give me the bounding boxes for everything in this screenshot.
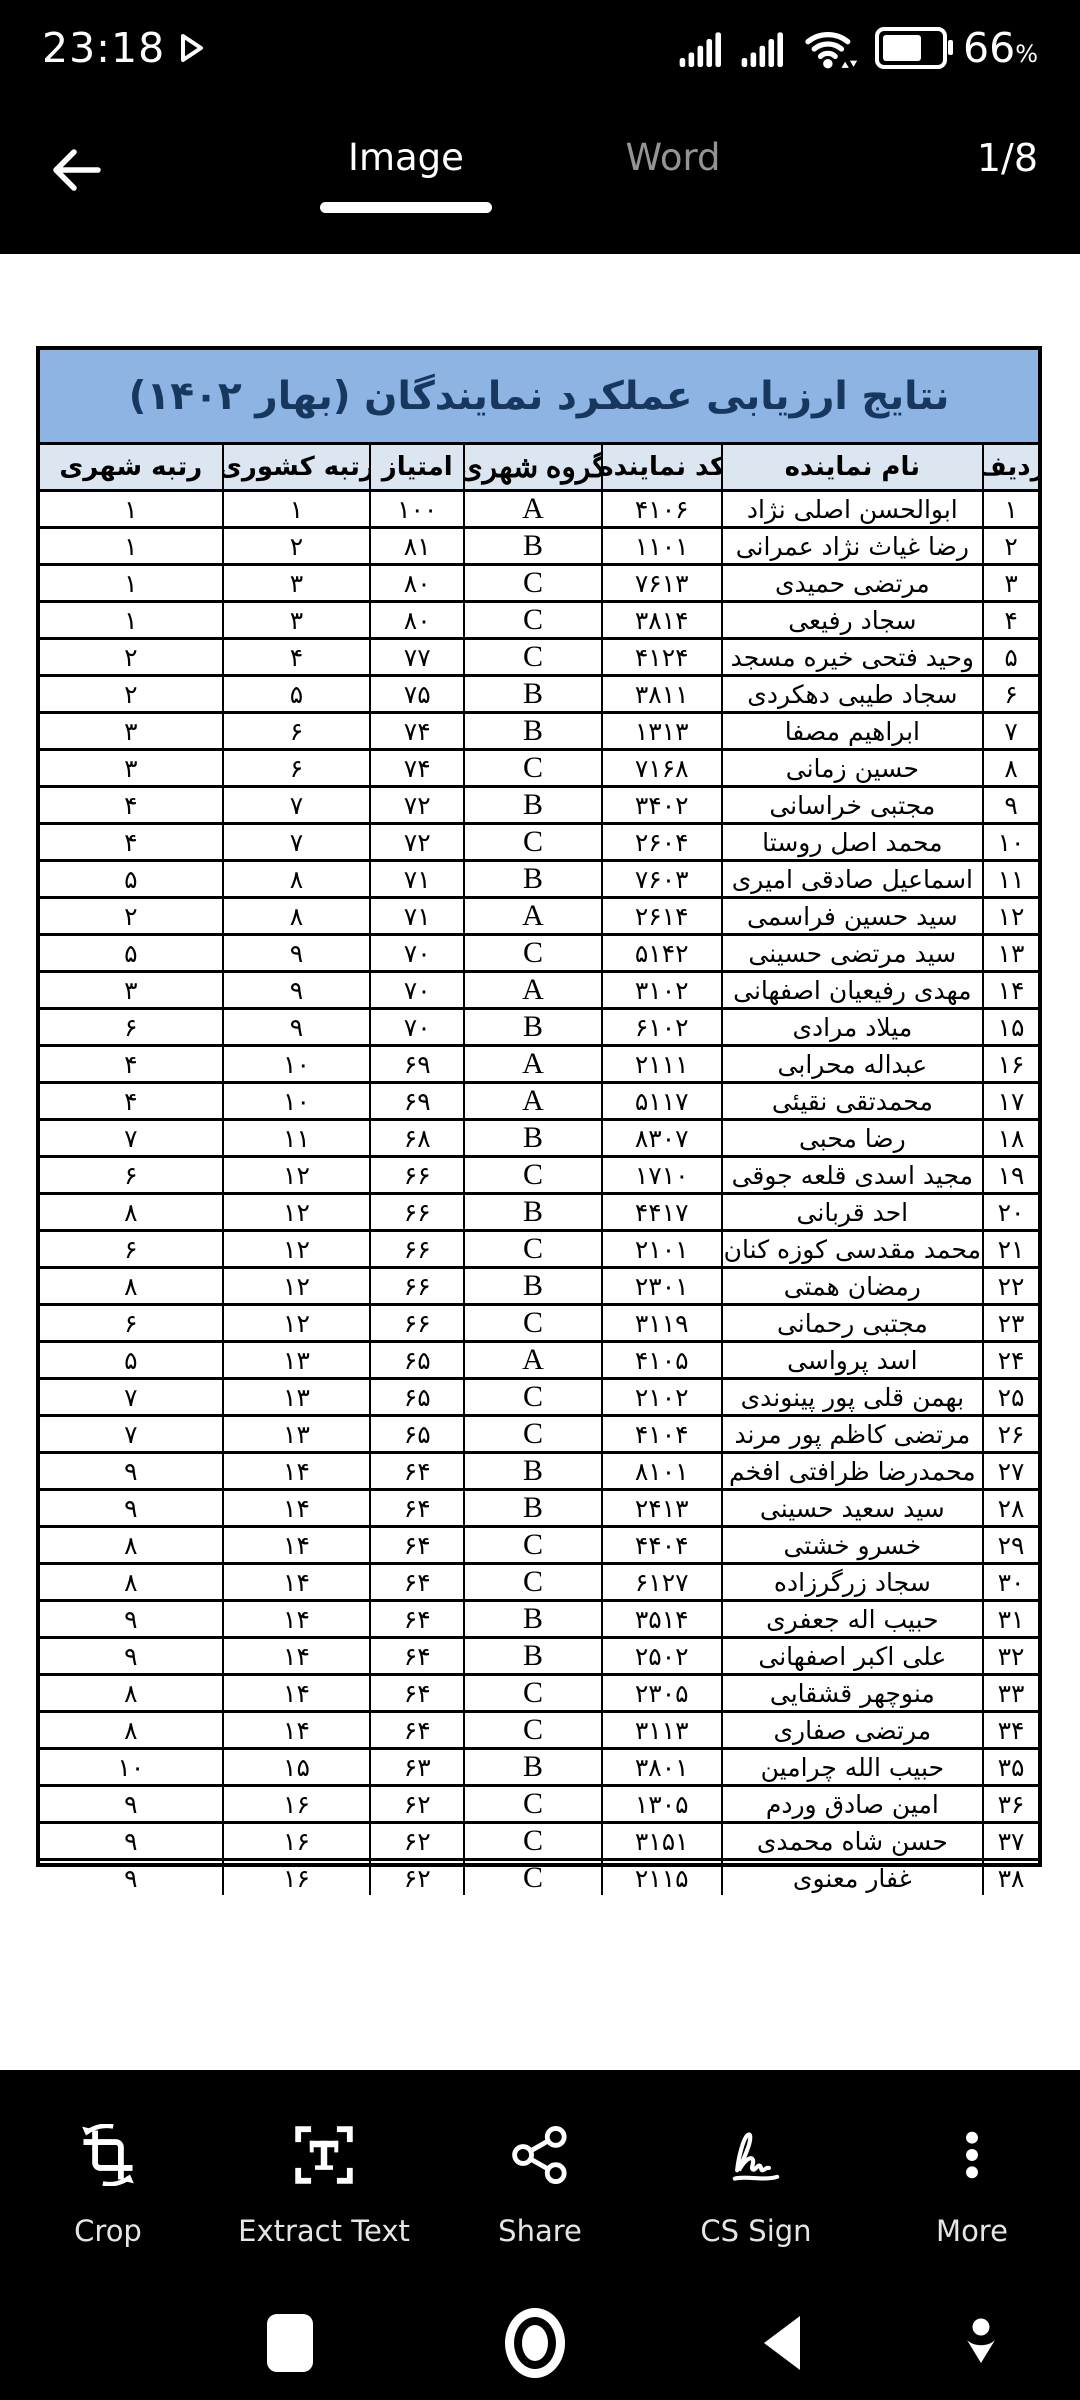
table-cell: ۷۴: [369, 714, 463, 748]
table-row: ۷۱۱۶۸B۸۳۰۷رضا محبی۱۸: [40, 1121, 1038, 1158]
bottom-toolbar: Crop Extract Text: [0, 2070, 1080, 2300]
table-cell: B: [463, 1454, 601, 1488]
table-cell: حبیب اله جعفری: [721, 1602, 982, 1636]
table-cell: ۶۴: [369, 1565, 463, 1599]
table-cell: مهدی رفیعیان اصفهانی: [721, 973, 982, 1007]
table-cell: C: [463, 1232, 601, 1266]
table-cell: ۶۲: [369, 1824, 463, 1858]
table-cell: B: [463, 1602, 601, 1636]
table-cell: ۱۴: [222, 1602, 370, 1636]
table-cell: غفار معنوی: [721, 1861, 982, 1895]
cellular-signal-icon: [741, 29, 787, 67]
table-cell: C: [463, 1380, 601, 1414]
table-cell: ۶۹: [369, 1047, 463, 1081]
table-cell: C: [463, 825, 601, 859]
table-row: ۵۱۳۶۵A۴۱۰۵اسد پرواسی۲۴: [40, 1343, 1038, 1380]
column-header: گروه شهری: [463, 445, 601, 489]
table-cell: ۱۴: [222, 1491, 370, 1525]
table-cell: ۸۳۰۷: [601, 1121, 721, 1155]
table-cell: A: [463, 1343, 601, 1377]
document-viewer[interactable]: نتایج ارزیابی عملکرد نمایندگان (بهار ۱۴۰…: [0, 254, 1080, 2070]
table-cell: ۷: [982, 714, 1038, 748]
table-cell: ۱۱۰۱: [601, 529, 721, 563]
table-cell: ۳۲: [982, 1639, 1038, 1673]
table-cell: ۸: [982, 751, 1038, 785]
table-cell: ۱۳: [222, 1417, 370, 1451]
table-cell: B: [463, 1269, 601, 1303]
table-row: ۵۸۷۱B۷۶۰۳اسماعیل صادقی امیری۱۱: [40, 862, 1038, 899]
table-row: ۳۶۷۴C۷۱۶۸حسین زمانی۸: [40, 751, 1038, 788]
table-cell: ۱۵: [982, 1010, 1038, 1044]
recents-icon[interactable]: [267, 2314, 313, 2372]
table-cell: ۲۳۰۱: [601, 1269, 721, 1303]
table-cell: ۱۰: [222, 1084, 370, 1118]
table-cell: سجاد رفیعی: [721, 603, 982, 637]
table-cell: ۴: [40, 1047, 222, 1081]
table-cell: ۳۱۱۳: [601, 1713, 721, 1747]
table-cell: ۱۴: [222, 1565, 370, 1599]
table-cell: C: [463, 640, 601, 674]
table-cell: ۴۴۱۷: [601, 1195, 721, 1229]
table-cell: ۹: [40, 1824, 222, 1858]
table-cell: ۴۱۰۴: [601, 1417, 721, 1451]
crop-icon: [75, 2122, 141, 2188]
table-cell: حسن شاه محمدی: [721, 1824, 982, 1858]
table-cell: ۱۰: [982, 825, 1038, 859]
table-cell: ۵: [40, 862, 222, 896]
table-cell: حسین زمانی: [721, 751, 982, 785]
table-cell: منوچهر قشقایی: [721, 1676, 982, 1710]
table-cell: ۸: [40, 1713, 222, 1747]
table-row: ۶۱۲۶۶C۳۱۱۹مجتبی رحمانی۲۳: [40, 1306, 1038, 1343]
table-cell: ۲۱۱۵: [601, 1861, 721, 1895]
table-cell: ۵: [982, 640, 1038, 674]
table-row: ۲۵۷۵B۳۸۱۱سجاد طیبی دهکردی۶: [40, 677, 1038, 714]
table-cell: حبیب الله چرامین: [721, 1750, 982, 1784]
cellular-signal-icon: [679, 29, 725, 67]
table-cell: ۶۶: [369, 1269, 463, 1303]
table-cell: ۶۴: [369, 1454, 463, 1488]
status-bar: 23:18: [0, 0, 1080, 96]
table-cell: ۳: [40, 751, 222, 785]
home-icon[interactable]: [505, 2308, 565, 2378]
table-cell: ۱۷۱۰: [601, 1158, 721, 1192]
table-cell: ۵۱۴۲: [601, 936, 721, 970]
table-cell: ۶: [40, 1158, 222, 1192]
table-cell: ۳۱۵۱: [601, 1824, 721, 1858]
table-cell: ۹: [40, 1861, 222, 1895]
table-cell: بهمن قلی پور پینوندی: [721, 1380, 982, 1414]
table-cell: ۷۷: [369, 640, 463, 674]
table-cell: ۲۸: [982, 1491, 1038, 1525]
table-cell: سید مرتضی حسینی: [721, 936, 982, 970]
table-row: ۵۹۷۰C۵۱۴۲سید مرتضی حسینی۱۳: [40, 936, 1038, 973]
table-cell: ۱: [982, 492, 1038, 526]
table-cell: احد قربانی: [721, 1195, 982, 1229]
table-cell: C: [463, 1417, 601, 1451]
table-cell: B: [463, 862, 601, 896]
table-cell: ۱: [40, 566, 222, 600]
cs-sign-button[interactable]: CS Sign: [648, 2070, 864, 2300]
table-cell: ۸: [222, 862, 370, 896]
table-cell: ۷۲: [369, 825, 463, 859]
table-cell: ۷۱: [369, 862, 463, 896]
table-cell: اسد پرواسی: [721, 1343, 982, 1377]
table-row: ۶۱۲۶۶C۱۷۱۰مجید اسدی قلعه جوقی۱۹: [40, 1158, 1038, 1195]
android-navbar: [0, 2300, 1080, 2400]
table-cell: ۲۲: [982, 1269, 1038, 1303]
table-cell: C: [463, 1528, 601, 1562]
table-cell: ۸۰: [369, 603, 463, 637]
table-cell: ۶۵: [369, 1417, 463, 1451]
table-cell: ۶۹: [369, 1084, 463, 1118]
table-row: ۴۱۰۶۹A۲۱۱۱عبداله محرابی۱۶: [40, 1047, 1038, 1084]
table-row: ۱۳۸۰C۳۸۱۴سجاد رفیعی۴: [40, 603, 1038, 640]
column-header: امتیاز: [369, 445, 463, 489]
table-cell: C: [463, 1787, 601, 1821]
table-cell: C: [463, 1158, 601, 1192]
table-row: ۶۱۲۶۶C۲۱۰۱محمد مقدسی کوزه کنان۲۱: [40, 1232, 1038, 1269]
table-cell: مجتبی رحمانی: [721, 1306, 982, 1340]
table-cell: ۹: [222, 1010, 370, 1044]
table-row: ۹۱۴۶۴B۲۴۱۳سید سعید حسینی۲۸: [40, 1491, 1038, 1528]
table-cell: B: [463, 1639, 601, 1673]
table-cell: ۱۳۰۵: [601, 1787, 721, 1821]
table-cell: ۷: [222, 825, 370, 859]
table-row: ۹۱۴۶۴B۲۵۰۲علی اکبر اصفهانی۳۲: [40, 1639, 1038, 1676]
table-cell: A: [463, 1047, 601, 1081]
table-row: ۲۴۷۷C۴۱۲۴وحید فتحی خیره مسجد۵: [40, 640, 1038, 677]
table-cell: ۱۶: [222, 1787, 370, 1821]
table-cell: ۱۲: [222, 1232, 370, 1266]
table-cell: A: [463, 899, 601, 933]
table-cell: B: [463, 1121, 601, 1155]
table-cell: ۳: [40, 714, 222, 748]
table-row: ۹۱۴۶۴B۳۵۱۴حبیب اله جعفری۳۱: [40, 1602, 1038, 1639]
table-cell: ۲: [982, 529, 1038, 563]
keyboard-switch-icon[interactable]: [964, 2318, 998, 2368]
table-cell: ۳۴: [982, 1713, 1038, 1747]
table-row: ۸۱۴۶۴C۴۴۰۴خسرو خشتی۲۹: [40, 1528, 1038, 1565]
table-cell: ۱: [40, 492, 222, 526]
table-cell: ۱۱: [222, 1121, 370, 1155]
table-cell: ۲: [222, 529, 370, 563]
table-cell: ۲۰: [982, 1195, 1038, 1229]
back-arrow-icon[interactable]: [48, 146, 104, 194]
table-cell: ۷۰: [369, 1010, 463, 1044]
table-cell: ۱۷: [982, 1084, 1038, 1118]
crop-button[interactable]: Crop: [0, 2070, 216, 2300]
table-cell: محمد اصل روستا: [721, 825, 982, 859]
table-cell: ۸: [40, 1676, 222, 1710]
table-cell: امین صادق وردم: [721, 1787, 982, 1821]
table-cell: ۸۱۰۱: [601, 1454, 721, 1488]
share-icon: [507, 2122, 573, 2188]
table-cell: ۲۳۰۵: [601, 1676, 721, 1710]
table-cell: ۶: [222, 714, 370, 748]
table-cell: C: [463, 566, 601, 600]
table-cell: ۶۵: [369, 1343, 463, 1377]
table-cell: ۹: [40, 1491, 222, 1525]
table-cell: ۸: [40, 1528, 222, 1562]
table-cell: ۸: [40, 1195, 222, 1229]
table-cell: محمد مقدسی کوزه کنان: [721, 1232, 982, 1266]
table-cell: ۸۱: [369, 529, 463, 563]
table-cell: ۲۵۰۲: [601, 1639, 721, 1673]
column-header: رتبه کشوری: [222, 445, 370, 489]
table-cell: ۲۶۱۴: [601, 899, 721, 933]
table-row: ۷۱۳۶۵C۲۱۰۲بهمن قلی پور پینوندی۲۵: [40, 1380, 1038, 1417]
table-cell: ۶۳: [369, 1750, 463, 1784]
table-cell: ۶۸: [369, 1121, 463, 1155]
battery-icon: [875, 27, 947, 69]
table-cell: ۳: [40, 973, 222, 1007]
toolbar-label: Crop: [74, 2214, 142, 2248]
extract-text-button[interactable]: Extract Text: [216, 2070, 432, 2300]
table-row: ۱۲۸۱B۱۱۰۱رضا غیاث نژاد عمرانی۲: [40, 529, 1038, 566]
table-cell: رضا غیاث نژاد عمرانی: [721, 529, 982, 563]
table-cell: ۶۶: [369, 1306, 463, 1340]
table-cell: ۶: [40, 1232, 222, 1266]
table-cell: ۱۲: [222, 1158, 370, 1192]
table-cell: وحید فتحی خیره مسجد: [721, 640, 982, 674]
table-cell: ۳۸: [982, 1861, 1038, 1895]
table-cell: مجید اسدی قلعه جوقی: [721, 1158, 982, 1192]
table-cell: ۳: [222, 566, 370, 600]
table-cell: ۳۸۰۱: [601, 1750, 721, 1784]
table-cell: C: [463, 936, 601, 970]
table-cell: ۱۶: [982, 1047, 1038, 1081]
table-cell: ۴: [222, 640, 370, 674]
table-cell: ۲۱۰۲: [601, 1380, 721, 1414]
signature-icon: [723, 2122, 789, 2188]
table-cell: ۱۰: [40, 1750, 222, 1784]
table-cell: ۶: [40, 1306, 222, 1340]
table-cell: ۷۶۰۳: [601, 862, 721, 896]
table-row: ۱۰۱۵۶۳B۳۸۰۱حبیب الله چرامین۳۵: [40, 1750, 1038, 1787]
table-cell: ۹: [40, 1787, 222, 1821]
table-cell: ۱۹: [982, 1158, 1038, 1192]
table-cell: C: [463, 751, 601, 785]
table-cell: ۶۴: [369, 1713, 463, 1747]
table-cell: ۳۸۱۱: [601, 677, 721, 711]
clock: 23:18: [42, 24, 165, 72]
table-cell: ۶۴: [369, 1676, 463, 1710]
table-cell: C: [463, 603, 601, 637]
table-cell: ۲۹: [982, 1528, 1038, 1562]
table-cell: مرتضی حمیدی: [721, 566, 982, 600]
table-cell: ۱۴: [222, 1713, 370, 1747]
table-cell: ۷۰: [369, 973, 463, 1007]
table-row: ۳۹۷۰A۳۱۰۲مهدی رفیعیان اصفهانی۱۴: [40, 973, 1038, 1010]
table-cell: ۱۴: [222, 1639, 370, 1673]
column-header: رتبه شهری: [40, 445, 222, 489]
table-cell: ۱۴: [982, 973, 1038, 1007]
table-cell: ۱۱: [982, 862, 1038, 896]
table-cell: ۲۱۰۱: [601, 1232, 721, 1266]
table-cell: عبداله محرابی: [721, 1047, 982, 1081]
table-cell: ۱۴: [222, 1528, 370, 1562]
table-cell: رضا محبی: [721, 1121, 982, 1155]
table-cell: ۷۵: [369, 677, 463, 711]
table-cell: ۹: [982, 788, 1038, 822]
app-header: Image Word 1/8: [0, 96, 1080, 254]
table-cell: ۶۵: [369, 1380, 463, 1414]
table-cell: ۵۱۱۷: [601, 1084, 721, 1118]
table-cell: ۲۴: [982, 1343, 1038, 1377]
column-header: کد نماینده: [601, 445, 721, 489]
table-cell: ۲: [40, 640, 222, 674]
tab-word[interactable]: Word: [590, 136, 756, 179]
table-cell: ۹: [40, 1602, 222, 1636]
table-cell: C: [463, 1824, 601, 1858]
share-button[interactable]: Share: [432, 2070, 648, 2300]
table-cell: ۱۳: [982, 936, 1038, 970]
play-icon: [179, 33, 205, 63]
table-cell: ۴۱۰۶: [601, 492, 721, 526]
table-cell: ۶: [222, 751, 370, 785]
table-cell: سجاد زرگرزاده: [721, 1565, 982, 1599]
more-button[interactable]: More: [864, 2070, 1080, 2300]
table-cell: ۷۱: [369, 899, 463, 933]
table-cell: ۳۱۱۹: [601, 1306, 721, 1340]
table-cell: ۶۴: [369, 1602, 463, 1636]
table-row: ۸۱۴۶۴C۲۳۰۵منوچهر قشقایی۳۳: [40, 1676, 1038, 1713]
table-cell: ۱۸: [982, 1121, 1038, 1155]
active-tab-underline: [320, 202, 492, 213]
toolbar-label: Extract Text: [238, 2214, 410, 2248]
table-cell: ۴: [982, 603, 1038, 637]
table-cell: C: [463, 1306, 601, 1340]
table-cell: ۸: [40, 1565, 222, 1599]
table-cell: B: [463, 1491, 601, 1525]
table-cell: ۴۱۲۴: [601, 640, 721, 674]
table-cell: ۶۴: [369, 1491, 463, 1525]
table-cell: ۱۳: [222, 1343, 370, 1377]
table-cell: ۱۴: [222, 1454, 370, 1488]
table-cell: ۵: [40, 1343, 222, 1377]
table-cell: ۶۶: [369, 1195, 463, 1229]
table-cell: ۲۳: [982, 1306, 1038, 1340]
table-row: ۲۸۷۱A۲۶۱۴سید حسین فراسمی۱۲: [40, 899, 1038, 936]
table-cell: ۶۲: [369, 1861, 463, 1895]
table-cell: ۲۵: [982, 1380, 1038, 1414]
table-cell: مرتضی کاظم پور مرند: [721, 1417, 982, 1451]
table-cell: A: [463, 1084, 601, 1118]
table-cell: ۱: [40, 529, 222, 563]
table-cell: C: [463, 1565, 601, 1599]
table-cell: سجاد طیبی دهکردی: [721, 677, 982, 711]
table-cell: ۳۸۱۴: [601, 603, 721, 637]
table-cell: ۶۲: [369, 1787, 463, 1821]
table-cell: سید سعید حسینی: [721, 1491, 982, 1525]
table-cell: ۱۶: [222, 1861, 370, 1895]
table-cell: ۹: [40, 1454, 222, 1488]
table-row: ۹۱۶۶۲C۲۱۱۵غفار معنوی۳۸: [40, 1861, 1038, 1895]
wifi-icon: [803, 26, 859, 70]
table-cell: ۱۶: [222, 1824, 370, 1858]
table-cell: ۱۵: [222, 1750, 370, 1784]
table-cell: ۸۰: [369, 566, 463, 600]
table-cell: ۷۶۱۳: [601, 566, 721, 600]
table-cell: ۵: [40, 936, 222, 970]
table-cell: B: [463, 1750, 601, 1784]
table-row: ۴۷۷۲C۲۶۰۴محمد اصل روستا۱۰: [40, 825, 1038, 862]
table-row: ۱۱۱۰۰A۴۱۰۶ابوالحسن اصلی نژاد۱: [40, 492, 1038, 529]
table-cell: ۶۱۰۲: [601, 1010, 721, 1044]
table-header-row: رتبه شهریرتبه کشوریامتیازگروه شهریکد نما…: [40, 445, 1038, 492]
table-cell: ۳۵۱۴: [601, 1602, 721, 1636]
table-row: ۸۱۲۶۶B۲۳۰۱رمضان همتی۲۲: [40, 1269, 1038, 1306]
table-cell: ۷۱۶۸: [601, 751, 721, 785]
table-cell: ۱۳: [222, 1380, 370, 1414]
table-cell: B: [463, 714, 601, 748]
table-cell: ۴: [40, 825, 222, 859]
table-row: ۸۱۴۶۴C۳۱۱۳مرتضی صفاری۳۴: [40, 1713, 1038, 1750]
table-cell: B: [463, 788, 601, 822]
table-cell: ۱۴: [222, 1676, 370, 1710]
table-cell: ۳۷: [982, 1824, 1038, 1858]
tab-image[interactable]: Image: [320, 136, 492, 179]
table-cell: ۶۶: [369, 1158, 463, 1192]
extract-text-icon: [291, 2122, 357, 2188]
table-cell: A: [463, 492, 601, 526]
table-cell: C: [463, 1713, 601, 1747]
table-cell: ۲۱: [982, 1232, 1038, 1266]
table-cell: ۱: [222, 492, 370, 526]
table-cell: ۶۴: [369, 1528, 463, 1562]
table-row: ۹۱۶۶۲C۱۳۰۵امین صادق وردم۳۶: [40, 1787, 1038, 1824]
table-cell: محمدتقی نقیئی: [721, 1084, 982, 1118]
back-icon[interactable]: [760, 2314, 804, 2372]
table-cell: ۲۶۰۴: [601, 825, 721, 859]
table-cell: ۶: [982, 677, 1038, 711]
table-cell: ۶۴: [369, 1639, 463, 1673]
table-cell: ۷۰: [369, 936, 463, 970]
table-cell: B: [463, 677, 601, 711]
table-cell: ۳۵: [982, 1750, 1038, 1784]
table-cell: ابوالحسن اصلی نژاد: [721, 492, 982, 526]
table-cell: ۶۶: [369, 1232, 463, 1266]
table-cell: ۳۱: [982, 1602, 1038, 1636]
table-cell: ابراهیم مصفا: [721, 714, 982, 748]
table-cell: ۷۲: [369, 788, 463, 822]
table-cell: ۲: [40, 677, 222, 711]
table-cell: علی اکبر اصفهانی: [721, 1639, 982, 1673]
table-cell: ۴۴۰۴: [601, 1528, 721, 1562]
table-cell: ۴: [40, 788, 222, 822]
table-cell: ۳: [982, 566, 1038, 600]
table-row: ۸۱۲۶۶B۴۴۱۷احد قربانی۲۰: [40, 1195, 1038, 1232]
table-row: ۱۳۸۰C۷۶۱۳مرتضی حمیدی۳: [40, 566, 1038, 603]
table-cell: B: [463, 1010, 601, 1044]
table-cell: ۳۳: [982, 1676, 1038, 1710]
page-indicator: 1/8: [977, 136, 1038, 180]
table-cell: ۳۱۰۲: [601, 973, 721, 1007]
table-cell: ۷: [40, 1380, 222, 1414]
table-cell: ۱: [40, 603, 222, 637]
table-row: ۹۱۴۶۴B۸۱۰۱محمدرضا ظرافتی افخم۲۷: [40, 1454, 1038, 1491]
table-cell: خسرو خشتی: [721, 1528, 982, 1562]
table-cell: ۲۴۱۳: [601, 1491, 721, 1525]
table-cell: C: [463, 1676, 601, 1710]
table-cell: ۶۱۲۷: [601, 1565, 721, 1599]
column-header: ردیف: [982, 445, 1038, 489]
table-cell: مرتضی صفاری: [721, 1713, 982, 1747]
toolbar-label: CS Sign: [700, 2214, 811, 2248]
table-row: ۷۱۳۶۵C۴۱۰۴مرتضی کاظم پور مرند۲۶: [40, 1417, 1038, 1454]
table-cell: C: [463, 1861, 601, 1895]
